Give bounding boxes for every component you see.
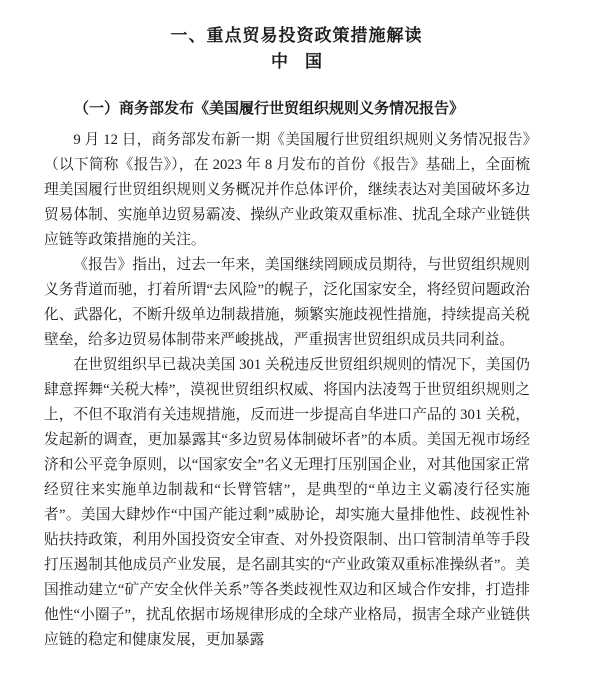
country-label: 中 国 — [44, 49, 549, 75]
section-heading: （一）商务部发布《美国履行世贸组织规则义务情况报告》 — [44, 95, 530, 123]
document-page: 一、重点贸易投资政策措施解读 中 国 （一）商务部发布《美国履行世贸组织规则义务… — [0, 0, 593, 700]
paragraph-report-findings: 《报告》指出，过去一年来，美国继续罔顾成员期待，与世贸组织规则义务背道而驰，打着… — [44, 253, 530, 353]
document-title: 一、重点贸易投资政策措施解读 — [44, 23, 549, 49]
paragraph-report-release: 9 月 12 日，商务部发布新一期《美国履行世贸组织规则义务情况报告》（以下简称… — [44, 128, 530, 253]
paragraph-report-details: 在世贸组织早已裁决美国 301 关税违反世贸组织规则的情况下，美国仍肆意挥舞“关… — [44, 353, 530, 653]
